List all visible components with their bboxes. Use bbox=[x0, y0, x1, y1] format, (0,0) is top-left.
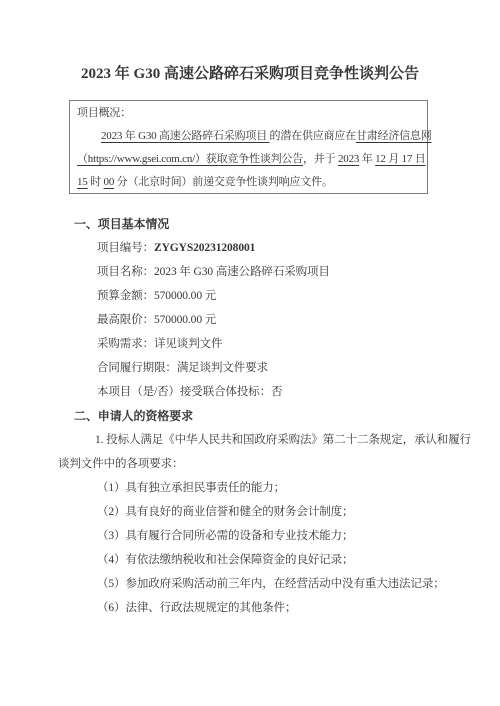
plain-text: ，并于 bbox=[303, 153, 338, 165]
info-label: 项目编号： bbox=[97, 242, 154, 254]
info-label: 最高限价： bbox=[97, 314, 154, 326]
info-item: 预算金额：570000.00 元 bbox=[58, 284, 438, 308]
document-page: 2023 年 G30 高速公路碎石采购项目竞争性谈判公告 项目概况： 2023 … bbox=[0, 0, 500, 706]
qualification-item: （2）具有良好的商业信誉和健全的财务会计制度； bbox=[58, 500, 438, 524]
info-label: 项目名称： bbox=[97, 266, 154, 278]
info-item: 采购需求：详见谈判文件 bbox=[58, 332, 438, 356]
basic-info-list: 项目编号：ZYGYS20231208001项目名称：2023 年 G30 高速公… bbox=[58, 236, 438, 404]
underlined-text: 15 bbox=[77, 176, 88, 188]
qualification-intro-line: 谈判文件中的各项要求： bbox=[58, 452, 438, 476]
qualification-item: （4）有依法缴纳税收和社会保障资金的良好记录； bbox=[58, 548, 438, 572]
info-value: 2023 年 G30 高速公路碎石采购项目 bbox=[154, 266, 330, 278]
underlined-text: 2023 年 G30 高速公路碎石采购项目 bbox=[101, 130, 270, 142]
plain-text: 年 bbox=[359, 153, 375, 165]
overview-line: （https://www.gsei.com.cn/）获取竞争性谈判公告，并于 2… bbox=[77, 148, 420, 171]
underlined-text: 12 月 17 日 bbox=[375, 153, 425, 165]
qualification-list: （1）具有独立承担民事责任的能力；（2）具有良好的商业信誉和健全的财务会计制度；… bbox=[58, 476, 438, 620]
plain-text: 分（北京时间）前递交竞争性谈判响应文件。 bbox=[114, 176, 333, 188]
qualification-item: （3）具有履行合同所必需的设备和专业技术能力； bbox=[58, 524, 438, 548]
info-value: 否 bbox=[271, 386, 282, 398]
qualification-item: （6）法律、行政法规规定的其他条件； bbox=[58, 596, 438, 620]
info-item: 项目编号：ZYGYS20231208001 bbox=[58, 236, 438, 260]
document-body: 一、项目基本情况 项目编号：ZYGYS20231208001项目名称：2023 … bbox=[58, 212, 438, 620]
info-label: 本项目（是/否）接受联合体投标： bbox=[97, 386, 271, 398]
info-label: 预算金额： bbox=[97, 290, 154, 302]
info-value: ZYGYS20231208001 bbox=[154, 242, 255, 254]
info-label: 采购需求： bbox=[97, 338, 154, 350]
info-item: 合同履行期限：满足谈判文件要求 bbox=[58, 356, 438, 380]
plain-text: 时 bbox=[88, 176, 104, 188]
overview-line: 15 时 00 分（北京时间）前递交竞争性谈判响应文件。 bbox=[77, 171, 420, 194]
info-value: 详见谈判文件 bbox=[154, 338, 222, 350]
info-item: 本项目（是/否）接受联合体投标：否 bbox=[58, 380, 438, 404]
overview-paragraph: 2023 年 G30 高速公路碎石采购项目 的潜在供应商应在甘肃经济信息网（ht… bbox=[77, 125, 420, 194]
plain-text: 的潜在供应商应在 bbox=[270, 130, 356, 142]
overview-line: 2023 年 G30 高速公路碎石采购项目 的潜在供应商应在甘肃经济信息网 bbox=[77, 125, 420, 148]
project-overview-box: 项目概况： 2023 年 G30 高速公路碎石采购项目 的潜在供应商应在甘肃经济… bbox=[69, 100, 428, 194]
underlined-text: 00 bbox=[104, 176, 115, 188]
info-value: 570000.00 元 bbox=[154, 314, 216, 326]
info-item: 最高限价：570000.00 元 bbox=[58, 308, 438, 332]
info-label: 合同履行期限： bbox=[97, 362, 177, 374]
qualification-intro-line: 1. 投标人满足《中华人民共和国政府采购法》第二十二条规定，承认和履行 bbox=[58, 428, 438, 452]
qualification-intro: 1. 投标人满足《中华人民共和国政府采购法》第二十二条规定，承认和履行谈判文件中… bbox=[58, 428, 438, 476]
underlined-text: 甘肃经济信息网 bbox=[356, 130, 432, 142]
underlined-text: 2023 bbox=[338, 153, 359, 165]
qualification-item: （5）参加政府采购活动前三年内，在经营活动中没有重大违法记录； bbox=[58, 572, 438, 596]
section-heading-qualification: 二、申请人的资格要求 bbox=[58, 404, 438, 428]
section-heading-basic-info: 一、项目基本情况 bbox=[58, 212, 438, 236]
qualification-item: （1）具有独立承担民事责任的能力； bbox=[58, 476, 438, 500]
overview-label: 项目概况： bbox=[77, 102, 420, 125]
info-value: 满足谈判文件要求 bbox=[177, 362, 268, 374]
underlined-text: （https://www.gsei.com.cn/）获取竞争性谈判公告 bbox=[77, 153, 303, 165]
info-item: 项目名称：2023 年 G30 高速公路碎石采购项目 bbox=[58, 260, 438, 284]
info-value: 570000.00 元 bbox=[154, 290, 216, 302]
document-title: 2023 年 G30 高速公路碎石采购项目竞争性谈判公告 bbox=[0, 62, 500, 83]
